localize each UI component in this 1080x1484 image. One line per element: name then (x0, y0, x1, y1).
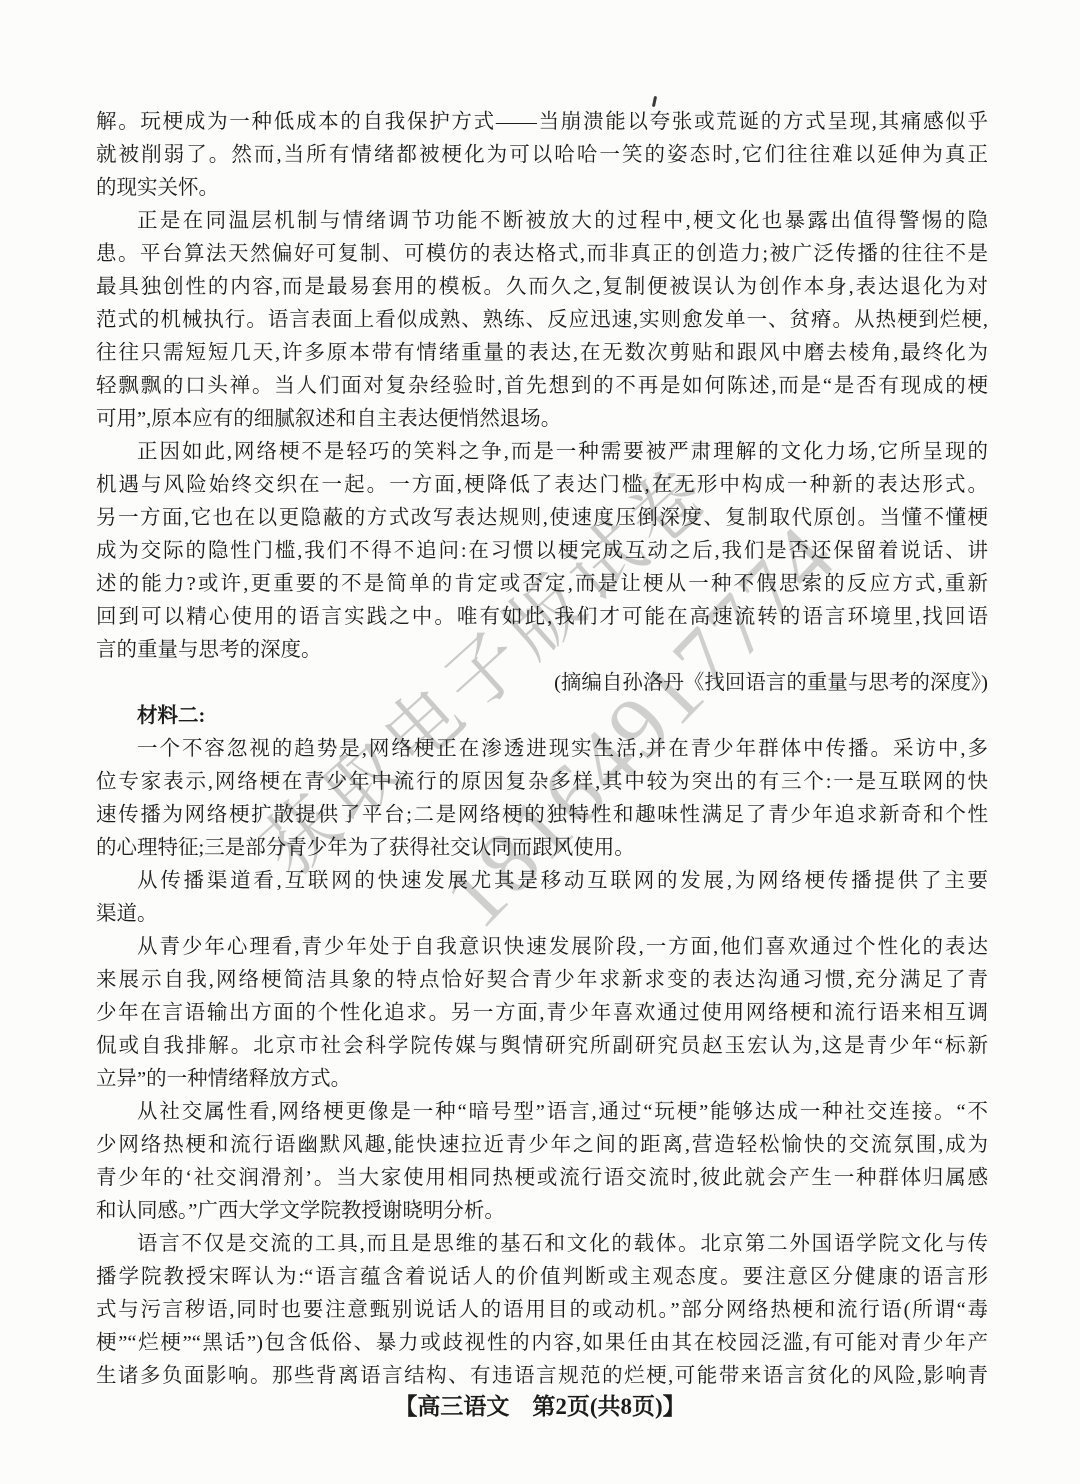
text-line: 患。平台算法天然偏好可复制、可模仿的表达格式,而非真正的创造力;被广泛传播的往往… (96, 238, 988, 271)
text-line: 从青少年心理看,青少年处于自我意识快速发展阶段,一方面,他们喜欢通过个性化的表达 (96, 931, 988, 964)
text-line: 成为交际的隐性门槛,我们不得不追问:在习惯以梗完成互动之后,我们是否还保留着说话… (96, 535, 988, 568)
text-line: 从社交属性看,网络梗更像是一种“暗号型”语言,通过“玩梗”能够达成一种社交连接。… (96, 1096, 988, 1129)
text-line: 速传播为网络梗扩散提供了平台;二是网络梗的独特性和趣味性满足了青少年追求新奇和个… (96, 799, 988, 832)
text-line: 的心理特征;三是部分青少年为了获得社交认同而跟风使用。 (96, 832, 988, 865)
exam-page: 获取电子版试卷 18164917774 解。玩梗成为一种低成本的自我保护方式——… (0, 0, 1080, 1484)
text-line: 来展示自我,网络梗简洁具象的特点恰好契合青少年求新求变的表达沟通习惯,充分满足了… (96, 964, 988, 997)
text-line: 往往只需短短几天,许多原本带有情绪重量的表达,在无数次剪贴和跟风中磨去棱角,最终… (96, 337, 988, 370)
text-line: 的现实关怀。 (96, 172, 988, 205)
text-line: 述的能力?或许,更重要的不是简单的肯定或否定,而是让梗从一种不假思索的反应方式,… (96, 568, 988, 601)
text-line: 位专家表示,网络梗在青少年中流行的原因复杂多样,其中较为突出的有三个:一是互联网… (96, 766, 988, 799)
text-line: 和认同感。”广西大学文学院教授谢晓明分析。 (96, 1195, 988, 1228)
text-line: 一个不容忽视的趋势是,网络梗正在渗透进现实生活,并在青少年群体中传播。采访中,多 (96, 733, 988, 766)
text-line: 正因如此,网络梗不是轻巧的笑料之争,而是一种需要被严肃理解的文化力场,它所呈现的 (96, 436, 988, 469)
text-line: 生诸多负面影响。那些背离语言结构、有违语言规范的烂梗,可能带来语言贫化的风险,影… (96, 1360, 988, 1393)
text-line: 范式的机械执行。语言表面上看似成熟、熟练、反应迅速,实则愈发单一、贫瘠。从热梗到… (96, 304, 988, 337)
text-line: 可用”,原本应有的细腻叙述和自主表达便悄然退场。 (96, 403, 988, 436)
text-line: 材料二: (96, 700, 988, 733)
text-line: 就被削弱了。然而,当所有情绪都被梗化为可以哈哈一笑的姿态时,它们往往难以延伸为真… (96, 139, 988, 172)
text-line: 式与污言秽语,同时也要注意甄别说话人的语用目的或动机。”部分网络热梗和流行语(所… (96, 1294, 988, 1327)
text-line: 另一方面,它也在以更隐蔽的方式改写表达规则,使速度压倒深度、复制取代原创。当懂不… (96, 502, 988, 535)
text-line: 言的重量与思考的深度。 (96, 634, 988, 667)
text-line: 机遇与风险始终交织在一起。一方面,梗降低了表达门槛,在无形中构成一种新的表达形式… (96, 469, 988, 502)
text-line: 最具独创性的内容,而是最易套用的模板。久而久之,复制便被误认为创作本身,表达退化… (96, 271, 988, 304)
text-line: 解。玩梗成为一种低成本的自我保护方式——当崩溃能以夸张或荒诞的方式呈现,其痛感似… (96, 106, 988, 139)
text-line: 语言不仅是交流的工具,而且是思维的基石和文化的载体。北京第二外国语学院文化与传 (96, 1228, 988, 1261)
text-line: 回到可以精心使用的语言实践之中。唯有如此,我们才可能在高速流转的语言环境里,找回… (96, 601, 988, 634)
text-line: 侃或自我排解。北京市社会科学院传媒与舆情研究所副研究员赵玉宏认为,这是青少年“标… (96, 1030, 988, 1063)
text-line: 少网络热梗和流行语幽默风趣,能快速拉近青少年之间的距离,营造轻松愉快的交流氛围,… (96, 1129, 988, 1162)
text-line: 播学院教授宋晖认为:“语言蕴含着说话人的价值判断或主观态度。要注意区分健康的语言… (96, 1261, 988, 1294)
text-line: 立异”的一种情绪释放方式。 (96, 1063, 988, 1096)
text-line: 青少年的‘社交润滑剂’。当大家使用相同热梗或流行语交流时,彼此就会产生一种群体归… (96, 1162, 988, 1195)
text-line: (摘编自孙洛丹《找回语言的重量与思考的深度》) (96, 667, 988, 700)
text-line: 少年在言语输出方面的个性化追求。另一方面,青少年喜欢通过使用网络梗和流行语来相互… (96, 997, 988, 1030)
text-line: 正是在同温层机制与情绪调节功能不断被放大的过程中,梗文化也暴露出值得警惕的隐 (96, 205, 988, 238)
text-line: 渠道。 (96, 898, 988, 931)
document-body: 解。玩梗成为一种低成本的自我保护方式——当崩溃能以夸张或荒诞的方式呈现,其痛感似… (96, 106, 988, 1393)
page-footer: 【高三语文 第2页(共8页)】 (0, 1392, 1080, 1422)
text-line: 梗”“烂梗”“黑话”)包含低俗、暴力或歧视性的内容,如果任由其在校园泛滥,有可能… (96, 1327, 988, 1360)
text-line: 轻飘飘的口头禅。当人们面对复杂经验时,首先想到的不再是如何陈述,而是“是否有现成… (96, 370, 988, 403)
text-line: 从传播渠道看,互联网的快速发展尤其是移动互联网的发展,为网络梗传播提供了主要 (96, 865, 988, 898)
